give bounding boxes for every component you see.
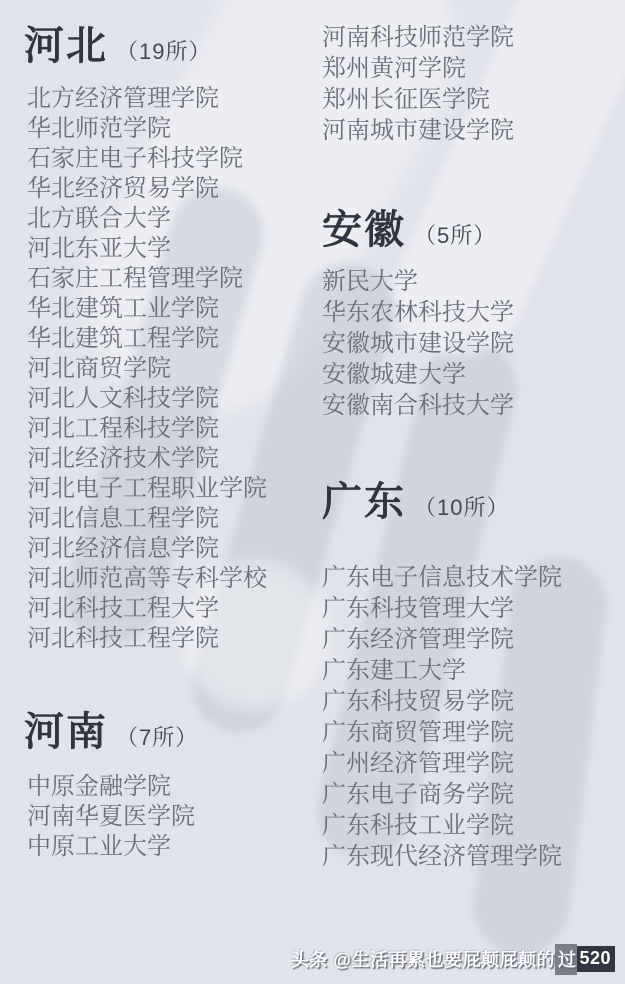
university-item: 安徽南合科技大学 (322, 390, 514, 421)
university-item: 河北信息工程学院 (27, 504, 267, 534)
university-item: 华北建筑工程学院 (27, 324, 267, 354)
university-item: 河北师范高等专科学校 (27, 564, 267, 594)
university-list-hebei: 北方经济管理学院 华北师范学院 石家庄电子科技学院 华北经济贸易学院 北方联合大… (27, 84, 267, 654)
section-title-henan: 河南 (24, 710, 108, 754)
university-item: 河南城市建设学院 (322, 115, 514, 146)
university-item: 广东电子信息技术学院 (322, 562, 562, 593)
university-item: 安徽城市建设学院 (322, 328, 514, 359)
university-list-henan-right: 河南科技师范学院 郑州黄河学院 郑州长征医学院 河南城市建设学院 (322, 22, 514, 146)
university-item: 中原金融学院 (27, 772, 195, 802)
university-item: 广东科技管理大学 (322, 593, 562, 624)
credit-text: 头条 @生活再累也要屁颠屁颠的 (291, 946, 555, 972)
university-item: 河北电子工程职业学院 (27, 474, 267, 504)
section-title-hebei: 河北 (24, 24, 108, 68)
university-item: 广州经济管理学院 (322, 748, 562, 779)
university-item: 河北东亚大学 (27, 234, 267, 264)
university-item: 河北科技工程学院 (27, 624, 267, 654)
university-item: 华北经济贸易学院 (27, 174, 267, 204)
section-title-guangdong: 广东 (322, 480, 406, 524)
section-header-henan: 河南 （7所） (24, 710, 198, 754)
section-title-anhui: 安徽 (322, 208, 406, 252)
university-list-anhui: 新民大学 华东农林科技大学 安徽城市建设学院 安徽城建大学 安徽南合科技大学 (322, 266, 514, 421)
university-item: 河北工程科技学院 (27, 414, 267, 444)
university-item: 广东现代经济管理学院 (322, 841, 562, 872)
university-item: 广东经济管理学院 (322, 624, 562, 655)
section-count-hebei: （19所） (116, 35, 211, 66)
university-item: 广东科技贸易学院 (322, 686, 562, 717)
university-item: 河北商贸学院 (27, 354, 267, 384)
university-item: 北方经济管理学院 (27, 84, 267, 114)
university-item: 河北经济技术学院 (27, 444, 267, 474)
university-item: 广东商贸管理学院 (322, 717, 562, 748)
university-item: 华东农林科技大学 (322, 297, 514, 328)
university-list-guangdong: 广东电子信息技术学院 广东科技管理大学 广东经济管理学院 广东建工大学 广东科技… (322, 562, 562, 872)
university-item: 河北人文科技学院 (27, 384, 267, 414)
university-item: 郑州长征医学院 (322, 84, 514, 115)
university-item: 华北建筑工业学院 (27, 294, 267, 324)
university-item: 石家庄电子科技学院 (27, 144, 267, 174)
credit-highlight: 520 (577, 946, 615, 972)
university-item: 广东建工大学 (322, 655, 562, 686)
section-header-anhui: 安徽 （5所） (322, 208, 496, 252)
university-item: 华北师范学院 (27, 114, 267, 144)
university-item: 河北科技工程大学 (27, 594, 267, 624)
university-item: 郑州黄河学院 (322, 53, 514, 84)
university-item: 河南科技师范学院 (322, 22, 514, 53)
section-count-guangdong: （10所） (414, 491, 509, 522)
university-item: 中原工业大学 (27, 832, 195, 862)
university-item: 石家庄工程管理学院 (27, 264, 267, 294)
section-header-guangdong: 广东 （10所） (322, 480, 509, 524)
university-list-henan-left: 中原金融学院 河南华夏医学院 中原工业大学 (27, 772, 195, 862)
section-count-anhui: （5所） (414, 219, 496, 250)
credit-watermark: 头条 @生活再累也要屁颠屁颠的过520 (291, 946, 615, 972)
section-header-hebei: 河北 （19所） (24, 24, 211, 68)
university-item: 北方联合大学 (27, 204, 267, 234)
fake-universities-poster: 河北 （19所） 北方经济管理学院 华北师范学院 石家庄电子科技学院 华北经济贸… (0, 0, 625, 984)
university-item: 广东电子商务学院 (322, 779, 562, 810)
university-item: 河南华夏医学院 (27, 802, 195, 832)
section-count-henan: （7所） (116, 721, 198, 752)
credit-text-mid: 过 (555, 944, 578, 975)
university-item: 新民大学 (322, 266, 514, 297)
university-item: 安徽城建大学 (322, 359, 514, 390)
university-item: 河北经济信息学院 (27, 534, 267, 564)
university-item: 广东科技工业学院 (322, 810, 562, 841)
